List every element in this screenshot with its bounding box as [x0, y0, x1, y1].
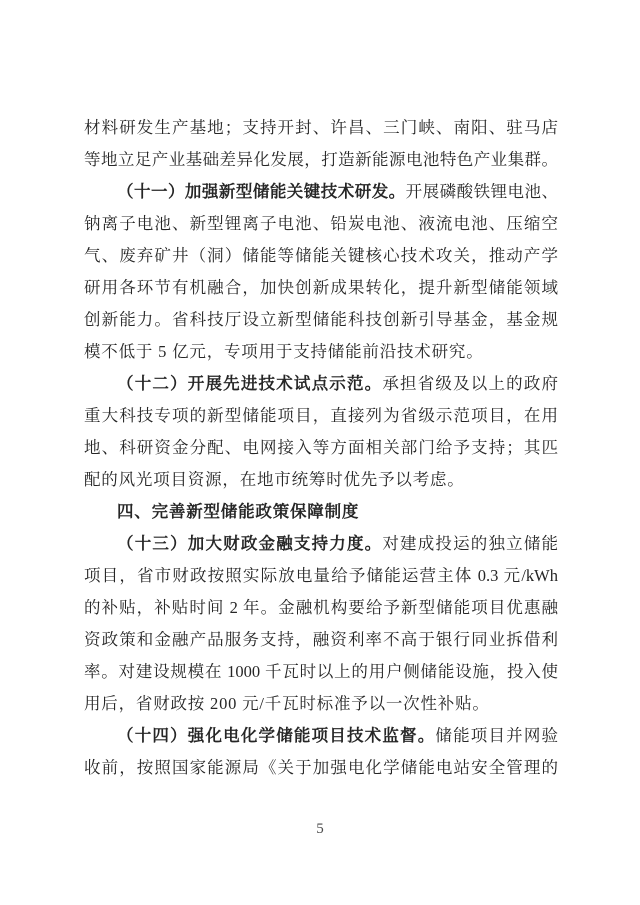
paragraph-line: 重大科技专项的新型储能项目，直接列为省级示范项目，在用: [84, 400, 558, 432]
document-page: 材料研发生产基地；支持开封、许昌、三门峡、南阳、驻马店 等地立足产业基础差异化发…: [0, 0, 640, 905]
paragraph-line: 项目，省市财政按照实际放电量给予储能运营主体 0.3 元/kWh: [84, 560, 558, 592]
line-text: 等地立足产业基础差异化发展，打造新能源电池特色产业集群。: [84, 150, 558, 169]
text-block: 材料研发生产基地；支持开封、许昌、三门峡、南阳、驻马店 等地立足产业基础差异化发…: [84, 112, 558, 784]
paragraph-line: 等地立足产业基础差异化发展，打造新能源电池特色产业集群。: [84, 144, 558, 176]
clause-heading-bold: （十二）开展先进技术试点示范。: [117, 374, 382, 393]
clause-heading-bold: （十三）加大财政金融支持力度。: [117, 534, 382, 553]
line-text: 模不低于 5 亿元，专项用于支持储能前沿技术研究。: [84, 342, 484, 361]
clause-heading-bold: （十一）加强新型储能关键技术研发。: [117, 182, 406, 201]
line-text: 率。对建设规模在 1000 千瓦时以上的用户侧储能设施，投入使: [84, 662, 558, 681]
line-text: 资政策和金融产品服务支持，融资利率不高于银行同业拆借利: [84, 630, 558, 649]
paragraph-line: 地、科研资金分配、电网接入等方面相关部门给予支持；其匹: [84, 432, 558, 464]
paragraph-line: 气、废弃矿井（洞）储能等储能关键核心技术攻关，推动产学: [84, 240, 558, 272]
clause-heading-bold: （十四）强化电化学储能项目技术监督。: [117, 726, 435, 745]
line-text: 重大科技专项的新型储能项目，直接列为省级示范项目，在用: [84, 406, 558, 425]
line-text: 收前，按照国家能源局《关于加强电化学储能电站安全管理的: [84, 758, 558, 777]
line-text: 对建成投运的独立储能: [382, 534, 558, 553]
paragraph-line: 的补贴，补贴时间 2 年。金融机构要给予新型储能项目优惠融: [84, 592, 558, 624]
paragraph-line: 收前，按照国家能源局《关于加强电化学储能电站安全管理的: [84, 752, 558, 784]
line-text: 开展磷酸铁锂电池、: [406, 182, 558, 201]
line-text: 材料研发生产基地；支持开封、许昌、三门峡、南阳、驻马店: [84, 118, 558, 137]
paragraph-line: 模不低于 5 亿元，专项用于支持储能前沿技术研究。: [84, 336, 558, 368]
paragraph-line-item-12: （十二）开展先进技术试点示范。承担省级及以上的政府: [84, 368, 558, 400]
line-text: 地、科研资金分配、电网接入等方面相关部门给予支持；其匹: [84, 438, 558, 457]
line-text: 气、废弃矿井（洞）储能等储能关键核心技术攻关，推动产学: [84, 246, 558, 265]
paragraph-line: 资政策和金融产品服务支持，融资利率不高于银行同业拆借利: [84, 624, 558, 656]
paragraph-line-item-11: （十一）加强新型储能关键技术研发。开展磷酸铁锂电池、: [84, 176, 558, 208]
paragraph-line: 配的风光项目资源，在地市统筹时优先予以考虑。: [84, 464, 558, 496]
paragraph-line: 创新能力。省科技厅设立新型储能科技创新引导基金，基金规: [84, 304, 558, 336]
line-text: 的补贴，补贴时间 2 年。金融机构要给予新型储能项目优惠融: [84, 598, 558, 617]
paragraph-line-item-14: （十四）强化电化学储能项目技术监督。储能项目并网验: [84, 720, 558, 752]
line-text: 储能项目并网验: [435, 726, 558, 745]
paragraph-line-item-13: （十三）加大财政金融支持力度。对建成投运的独立储能: [84, 528, 558, 560]
paragraph-line: 钠离子电池、新型锂离子电池、铅炭电池、液流电池、压缩空: [84, 208, 558, 240]
paragraph-line: 材料研发生产基地；支持开封、许昌、三门峡、南阳、驻马店: [84, 112, 558, 144]
page-number: 5: [0, 820, 640, 838]
section-heading-4: 四、完善新型储能政策保障制度: [84, 496, 558, 528]
line-text: 项目，省市财政按照实际放电量给予储能运营主体 0.3 元/kWh: [84, 566, 558, 585]
section-heading-text: 四、完善新型储能政策保障制度: [117, 502, 359, 521]
line-text: 研用各环节有机融合，加快创新成果转化，提升新型储能领域: [84, 278, 558, 297]
line-text: 配的风光项目资源，在地市统筹时优先予以考虑。: [84, 470, 465, 489]
line-text: 承担省级及以上的政府: [382, 374, 558, 393]
paragraph-line: 率。对建设规模在 1000 千瓦时以上的用户侧储能设施，投入使: [84, 656, 558, 688]
line-text: 钠离子电池、新型锂离子电池、铅炭电池、液流电池、压缩空: [84, 214, 558, 233]
line-text: 创新能力。省科技厅设立新型储能科技创新引导基金，基金规: [84, 310, 558, 329]
line-text: 用后，省财政按 200 元/千瓦时标准予以一次性补贴。: [84, 694, 490, 713]
paragraph-line: 用后，省财政按 200 元/千瓦时标准予以一次性补贴。: [84, 688, 558, 720]
paragraph-line: 研用各环节有机融合，加快创新成果转化，提升新型储能领域: [84, 272, 558, 304]
